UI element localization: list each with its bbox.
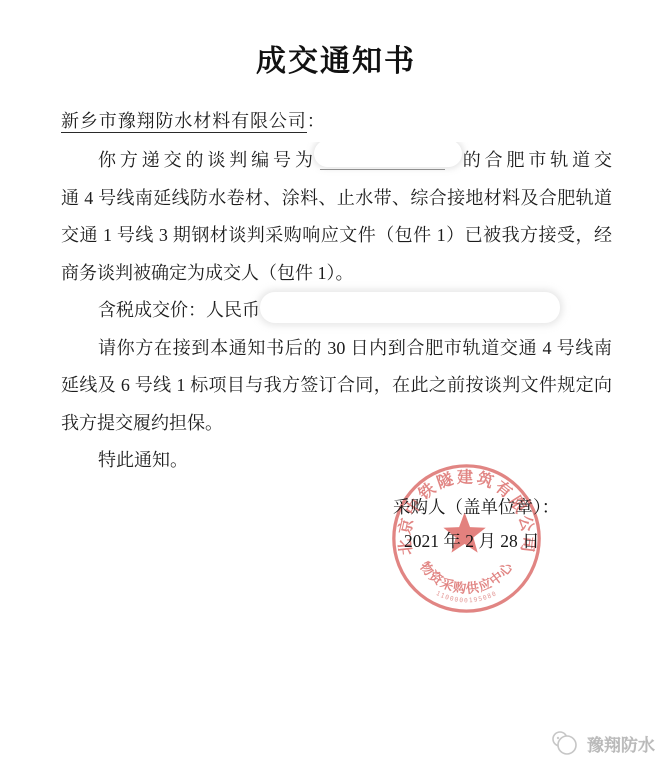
body-line-4: 商务谈判被确定为成交人（包件 1）。 <box>61 255 612 293</box>
page-title: 成交通知书 <box>0 36 672 80</box>
document-body: 你方递交的谈判编号为的合肥市轨道交 通 4 号线南延线防水卷材、涂料、止水带、综… <box>61 142 612 480</box>
p1-l1-text-before: 你方递交的谈判编号为 <box>98 150 317 170</box>
body-line-8: 我方提交履约担保。 <box>61 405 612 443</box>
body-line-3: 交通 1 号线 3 期钢材谈判采购响应文件（包件 1）已被我方接受，经 <box>61 217 612 255</box>
brand-watermark-text: 豫翔防水 <box>587 731 655 756</box>
addressee-colon: ： <box>307 111 326 131</box>
addressee-company-name: 新乡市豫翔防水材料有限公司 <box>61 111 307 133</box>
buyer-signature-label: 采购人（盖单位章）： <box>393 494 559 519</box>
addressee-line: 新乡市豫翔防水材料有限公司： <box>61 106 326 136</box>
redaction-underline <box>320 169 445 170</box>
body-line-7: 延线及 6 号线 1 标项目与我方签订合同，在此之前按谈判文件规定向 <box>61 367 612 405</box>
redaction-patch-negotiation-number <box>317 147 459 171</box>
price-line: 含税成交价：人民币 <box>61 292 612 330</box>
brand-watermark: 豫翔防水 <box>548 729 655 757</box>
document-page: 成交通知书 新乡市豫翔防水材料有限公司： 你方递交的谈判编号为的合肥市轨道交 通… <box>0 0 672 773</box>
brand-logo-icon <box>548 729 582 757</box>
body-line-1: 你方递交的谈判编号为的合肥市轨道交 <box>61 142 612 180</box>
body-line-2: 通 4 号线南延线防水卷材、涂料、止水带、综合接地材料及合肥轨道 <box>61 180 612 218</box>
redaction-patch-price <box>260 297 560 323</box>
body-line-6: 请你方在接到本通知书后的 30 日内到合肥市轨道交通 4 号线南 <box>61 330 612 368</box>
svg-text:物资采购供应中心: 物资采购供应中心 <box>416 559 517 597</box>
price-label: 含税成交价：人民币 <box>98 300 260 320</box>
p1-l1-text-after: 的合肥市轨道交 <box>459 150 612 170</box>
redaction-blob <box>260 292 560 323</box>
redaction-blob <box>314 142 462 167</box>
seal-department-text: 物资采购供应中心 <box>416 559 517 597</box>
signature-date: 2021 年 2 月 28 日 <box>404 528 540 553</box>
